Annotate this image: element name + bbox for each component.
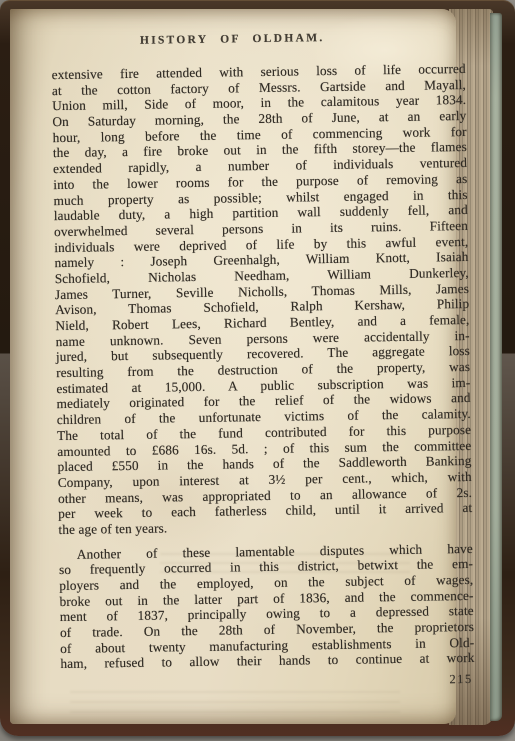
running-header: HISTORY OF OLDHAM. [25,30,439,48]
paragraph-fire-account: extensive fire attended with serious los… [52,61,473,538]
page-text-block: HISTORY OF OLDHAM. extensive fire attend… [51,30,475,693]
endpaper-strip [490,13,502,721]
ink-showthrough-artifact [70,691,400,721]
page-number: 215 [61,672,475,693]
book-page: HISTORY OF OLDHAM. extensive fire attend… [10,9,456,724]
paragraph-wage-dispute: Another of these lamentable disputes whi… [59,541,475,673]
scanned-book-photo: HISTORY OF OLDHAM. extensive fire attend… [0,0,515,741]
